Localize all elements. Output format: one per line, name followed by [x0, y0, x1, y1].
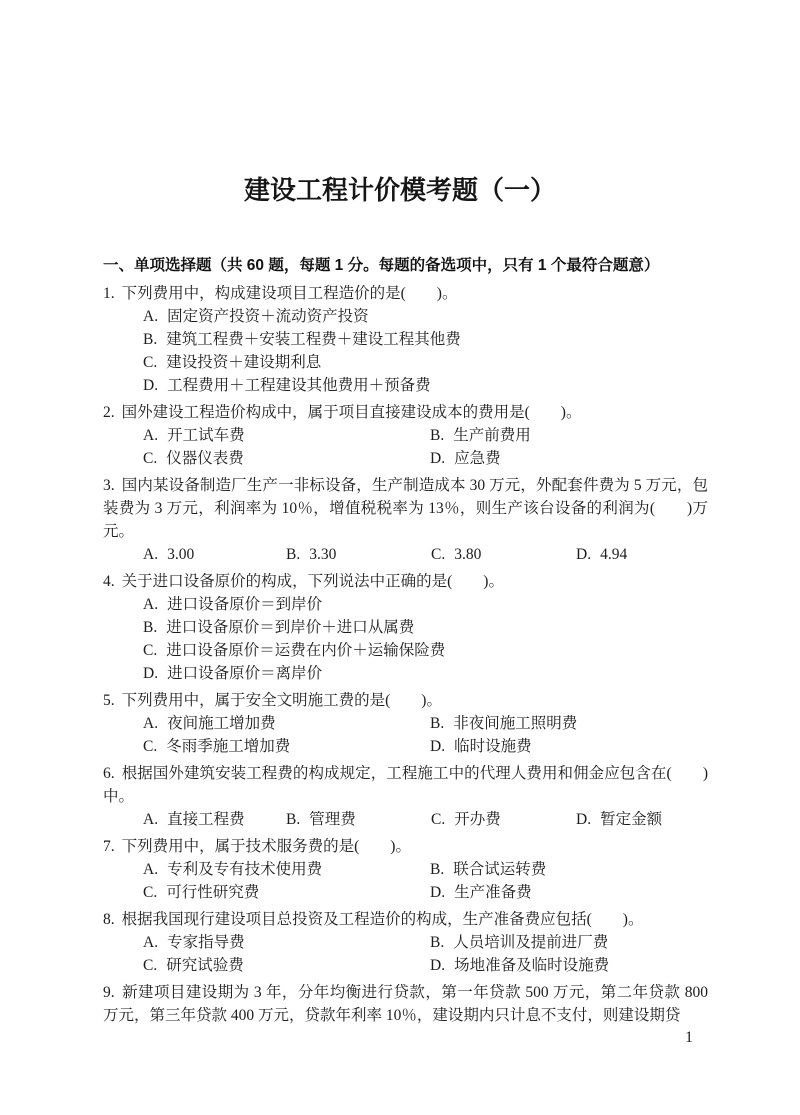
option-c: C.研究试验费	[143, 954, 430, 977]
option-label: C.	[143, 957, 157, 974]
option-b: B.进口设备原价＝到岸价＋进口从属费	[143, 616, 708, 639]
option-label: D.	[430, 884, 445, 901]
question-number: 2.	[103, 404, 115, 421]
option-label: C.	[143, 738, 157, 755]
option-text: 管理费	[309, 811, 356, 828]
page-title: 建设工程计价模考题（一）	[0, 0, 800, 208]
option-label: D.	[430, 450, 445, 467]
option-row: C.研究试验费 D.场地准备及临时设施费	[143, 954, 708, 977]
option-label: C.	[143, 642, 157, 659]
option-text: 应急费	[454, 450, 501, 467]
option-a: A.进口设备原价＝到岸价	[143, 593, 708, 616]
question-1: 1.下列费用中，构成建设项目工程造价的是( )。 A.固定资产投资＋流动资产投资…	[103, 282, 708, 397]
question-text: 根据我国现行建设项目总投资及工程造价的构成，生产准备费应包括( )。	[122, 911, 644, 928]
option-c: C.3.80	[431, 543, 576, 566]
option-label: A.	[143, 811, 158, 828]
option-d: D.应急费	[430, 447, 708, 470]
option-a: A.固定资产投资＋流动资产投资	[143, 305, 708, 328]
option-label: B.	[430, 715, 444, 732]
option-label: B.	[430, 934, 444, 951]
option-text: 专利及专有技术使用费	[167, 861, 322, 878]
option-text: 可行性研究费	[166, 884, 259, 901]
option-text: 专家指导费	[167, 934, 245, 951]
question-text: 国内某设备制造厂生产一非标设备，生产制造成本 30 万元，外配套件费为 5 万元…	[103, 477, 708, 540]
option-text: 工程费用＋工程建设其他费用＋预备费	[167, 377, 431, 394]
option-label: B.	[143, 331, 157, 348]
question-3-stem: 3.国内某设备制造厂生产一非标设备，生产制造成本 30 万元，外配套件费为 5 …	[103, 474, 708, 543]
option-d: D.场地准备及临时设施费	[430, 954, 708, 977]
question-number: 1.	[103, 285, 115, 302]
option-row: A.开工试车费 B.生产前费用	[143, 424, 708, 447]
question-1-stem: 1.下列费用中，构成建设项目工程造价的是( )。	[103, 282, 708, 305]
option-label: A.	[143, 546, 158, 563]
option-c: C.冬雨季施工增加费	[143, 735, 430, 758]
option-text: 非夜间施工照明费	[453, 715, 577, 732]
option-row: A.夜间施工增加费 B.非夜间施工照明费	[143, 712, 708, 735]
option-text: 进口设备原价＝到岸价	[167, 596, 322, 613]
option-text: 场地准备及临时设施费	[454, 957, 609, 974]
question-7-options: A.专利及专有技术使用费 B.联合试运转费 C.可行性研究费 D.生产准备费	[103, 858, 708, 904]
option-label: D.	[576, 811, 591, 828]
question-6: 6.根据国外建筑安装工程费的构成规定，工程施工中的代理人费用和佣金应包含在( )…	[103, 762, 708, 831]
option-a: A.直接工程费	[143, 808, 286, 831]
question-2-stem: 2.国外建设工程造价构成中，属于项目直接建设成本的费用是( )。	[103, 401, 708, 424]
option-text: 生产准备费	[454, 884, 532, 901]
document-page: 建设工程计价模考题（一） 一、单项选择题（共 60 题，每题 1 分。每题的备选…	[0, 0, 800, 1115]
option-label: B.	[430, 861, 444, 878]
option-a: A.开工试车费	[143, 424, 430, 447]
option-label: B.	[286, 546, 300, 563]
option-text: 暂定金额	[600, 811, 662, 828]
section-heading: 一、单项选择题（共 60 题，每题 1 分。每题的备选项中，只有 1 个最符合题…	[103, 254, 708, 278]
option-row: A.专利及专有技术使用费 B.联合试运转费	[143, 858, 708, 881]
option-label: A.	[143, 934, 158, 951]
option-label: A.	[143, 427, 158, 444]
question-7: 7.下列费用中，属于技术服务费的是( )。 A.专利及专有技术使用费 B.联合试…	[103, 835, 708, 904]
option-label: C.	[431, 811, 445, 828]
question-number: 7.	[103, 838, 115, 855]
option-b: B.3.30	[286, 543, 431, 566]
option-text: 冬雨季施工增加费	[166, 738, 290, 755]
question-9: 9.新建项目建设期为 3 年，分年均衡进行贷款，第一年贷款 500 万元，第二年…	[103, 981, 708, 1027]
option-text: 4.94	[600, 546, 627, 563]
option-c: C.建设投资＋建设期利息	[143, 351, 708, 374]
option-row: C.冬雨季施工增加费 D.临时设施费	[143, 735, 708, 758]
option-text: 开办费	[454, 811, 501, 828]
option-label: C.	[143, 450, 157, 467]
option-label: A.	[143, 308, 158, 325]
option-c: C.仪器仪表费	[143, 447, 430, 470]
option-c: C.开办费	[431, 808, 576, 831]
question-text: 关于进口设备原价的构成，下列说法中正确的是( )。	[122, 573, 504, 590]
question-8-options: A.专家指导费 B.人员培训及提前进厂费 C.研究试验费 D.场地准备及临时设施…	[103, 931, 708, 977]
option-text: 3.80	[454, 546, 481, 563]
question-4-options: A.进口设备原价＝到岸价 B.进口设备原价＝到岸价＋进口从属费 C.进口设备原价…	[103, 593, 708, 685]
question-7-stem: 7.下列费用中，属于技术服务费的是( )。	[103, 835, 708, 858]
question-number: 6.	[103, 765, 115, 782]
option-text: 进口设备原价＝运费在内价＋运输保险费	[166, 642, 445, 659]
question-6-options: A.直接工程费 B.管理费 C.开办费 D.暂定金额	[103, 808, 708, 831]
option-text: 开工试车费	[167, 427, 245, 444]
option-d: D.临时设施费	[430, 735, 708, 758]
question-number: 8.	[103, 911, 115, 928]
option-b: B.建筑工程费＋安装工程费＋建设工程其他费	[143, 328, 708, 351]
option-label: D.	[576, 546, 591, 563]
option-text: 3.00	[167, 546, 194, 563]
option-text: 夜间施工增加费	[167, 715, 276, 732]
option-b: B.非夜间施工照明费	[430, 712, 708, 735]
question-5: 5.下列费用中，属于安全文明施工费的是( )。 A.夜间施工增加费 B.非夜间施…	[103, 689, 708, 758]
question-4: 4.关于进口设备原价的构成，下列说法中正确的是( )。 A.进口设备原价＝到岸价…	[103, 570, 708, 685]
option-a: A.专家指导费	[143, 931, 430, 954]
option-b: B.人员培训及提前进厂费	[430, 931, 708, 954]
option-label: B.	[286, 811, 300, 828]
option-label: A.	[143, 861, 158, 878]
question-text: 下列费用中，构成建设项目工程造价的是( )。	[122, 285, 458, 302]
option-label: D.	[143, 377, 158, 394]
option-a: A.专利及专有技术使用费	[143, 858, 430, 881]
question-8: 8.根据我国现行建设项目总投资及工程造价的构成，生产准备费应包括( )。 A.专…	[103, 908, 708, 977]
question-text: 国外建设工程造价构成中，属于项目直接建设成本的费用是( )。	[122, 404, 582, 421]
option-d: D.4.94	[576, 543, 708, 566]
document-content: 一、单项选择题（共 60 题，每题 1 分。每题的备选项中，只有 1 个最符合题…	[103, 254, 708, 1027]
option-label: C.	[143, 354, 157, 371]
option-a: A.3.00	[143, 543, 286, 566]
option-text: 研究试验费	[166, 957, 244, 974]
question-text: 根据国外建筑安装工程费的构成规定，工程施工中的代理人费用和佣金应包含在( )中。	[103, 765, 708, 805]
option-text: 3.30	[309, 546, 336, 563]
option-row: C.仪器仪表费 D.应急费	[143, 447, 708, 470]
option-c: C.可行性研究费	[143, 881, 430, 904]
option-b: B.管理费	[286, 808, 431, 831]
option-text: 进口设备原价＝到岸价＋进口从属费	[166, 619, 414, 636]
question-number: 3.	[103, 477, 115, 494]
question-9-stem: 9.新建项目建设期为 3 年，分年均衡进行贷款，第一年贷款 500 万元，第二年…	[103, 981, 708, 1027]
question-3-options: A.3.00 B.3.30 C.3.80 D.4.94	[103, 543, 708, 566]
question-text: 下列费用中，属于技术服务费的是( )。	[122, 838, 411, 855]
question-4-stem: 4.关于进口设备原价的构成，下列说法中正确的是( )。	[103, 570, 708, 593]
option-d: D.生产准备费	[430, 881, 708, 904]
option-b: B.生产前费用	[430, 424, 708, 447]
option-text: 人员培训及提前进厂费	[453, 934, 608, 951]
question-6-stem: 6.根据国外建筑安装工程费的构成规定，工程施工中的代理人费用和佣金应包含在( )…	[103, 762, 708, 808]
question-8-stem: 8.根据我国现行建设项目总投资及工程造价的构成，生产准备费应包括( )。	[103, 908, 708, 931]
question-5-stem: 5.下列费用中，属于安全文明施工费的是( )。	[103, 689, 708, 712]
option-text: 建设投资＋建设期利息	[166, 354, 321, 371]
option-d: D.暂定金额	[576, 808, 708, 831]
question-5-options: A.夜间施工增加费 B.非夜间施工照明费 C.冬雨季施工增加费 D.临时设施费	[103, 712, 708, 758]
option-label: D.	[143, 665, 158, 682]
option-text: 临时设施费	[454, 738, 532, 755]
option-a: A.夜间施工增加费	[143, 712, 430, 735]
option-label: D.	[430, 957, 445, 974]
option-text: 直接工程费	[167, 811, 245, 828]
option-label: A.	[143, 715, 158, 732]
question-text: 新建项目建设期为 3 年，分年均衡进行贷款，第一年贷款 500 万元，第二年贷款…	[103, 984, 708, 1024]
question-1-options: A.固定资产投资＋流动资产投资 B.建筑工程费＋安装工程费＋建设工程其他费 C.…	[103, 305, 708, 397]
question-text: 下列费用中，属于安全文明施工费的是( )。	[122, 692, 442, 709]
option-label: D.	[430, 738, 445, 755]
option-c: C.进口设备原价＝运费在内价＋运输保险费	[143, 639, 708, 662]
option-label: B.	[143, 619, 157, 636]
option-row: A.专家指导费 B.人员培训及提前进厂费	[143, 931, 708, 954]
option-text: 建筑工程费＋安装工程费＋建设工程其他费	[166, 331, 461, 348]
option-row: C.可行性研究费 D.生产准备费	[143, 881, 708, 904]
question-number: 9.	[103, 984, 115, 1001]
option-d: D.进口设备原价＝离岸价	[143, 662, 708, 685]
option-text: 仪器仪表费	[166, 450, 244, 467]
question-number: 5.	[103, 692, 115, 709]
question-2-options: A.开工试车费 B.生产前费用 C.仪器仪表费 D.应急费	[103, 424, 708, 470]
option-label: B.	[430, 427, 444, 444]
option-text: 联合试运转费	[453, 861, 546, 878]
question-number: 4.	[103, 573, 115, 590]
option-d: D.工程费用＋工程建设其他费用＋预备费	[143, 374, 708, 397]
page-number: 1	[685, 1026, 693, 1049]
option-text: 生产前费用	[453, 427, 531, 444]
option-b: B.联合试运转费	[430, 858, 708, 881]
option-label: A.	[143, 596, 158, 613]
question-2: 2.国外建设工程造价构成中，属于项目直接建设成本的费用是( )。 A.开工试车费…	[103, 401, 708, 470]
option-text: 固定资产投资＋流动资产投资	[167, 308, 369, 325]
option-text: 进口设备原价＝离岸价	[167, 665, 322, 682]
option-label: C.	[431, 546, 445, 563]
question-3: 3.国内某设备制造厂生产一非标设备，生产制造成本 30 万元，外配套件费为 5 …	[103, 474, 708, 566]
option-label: C.	[143, 884, 157, 901]
